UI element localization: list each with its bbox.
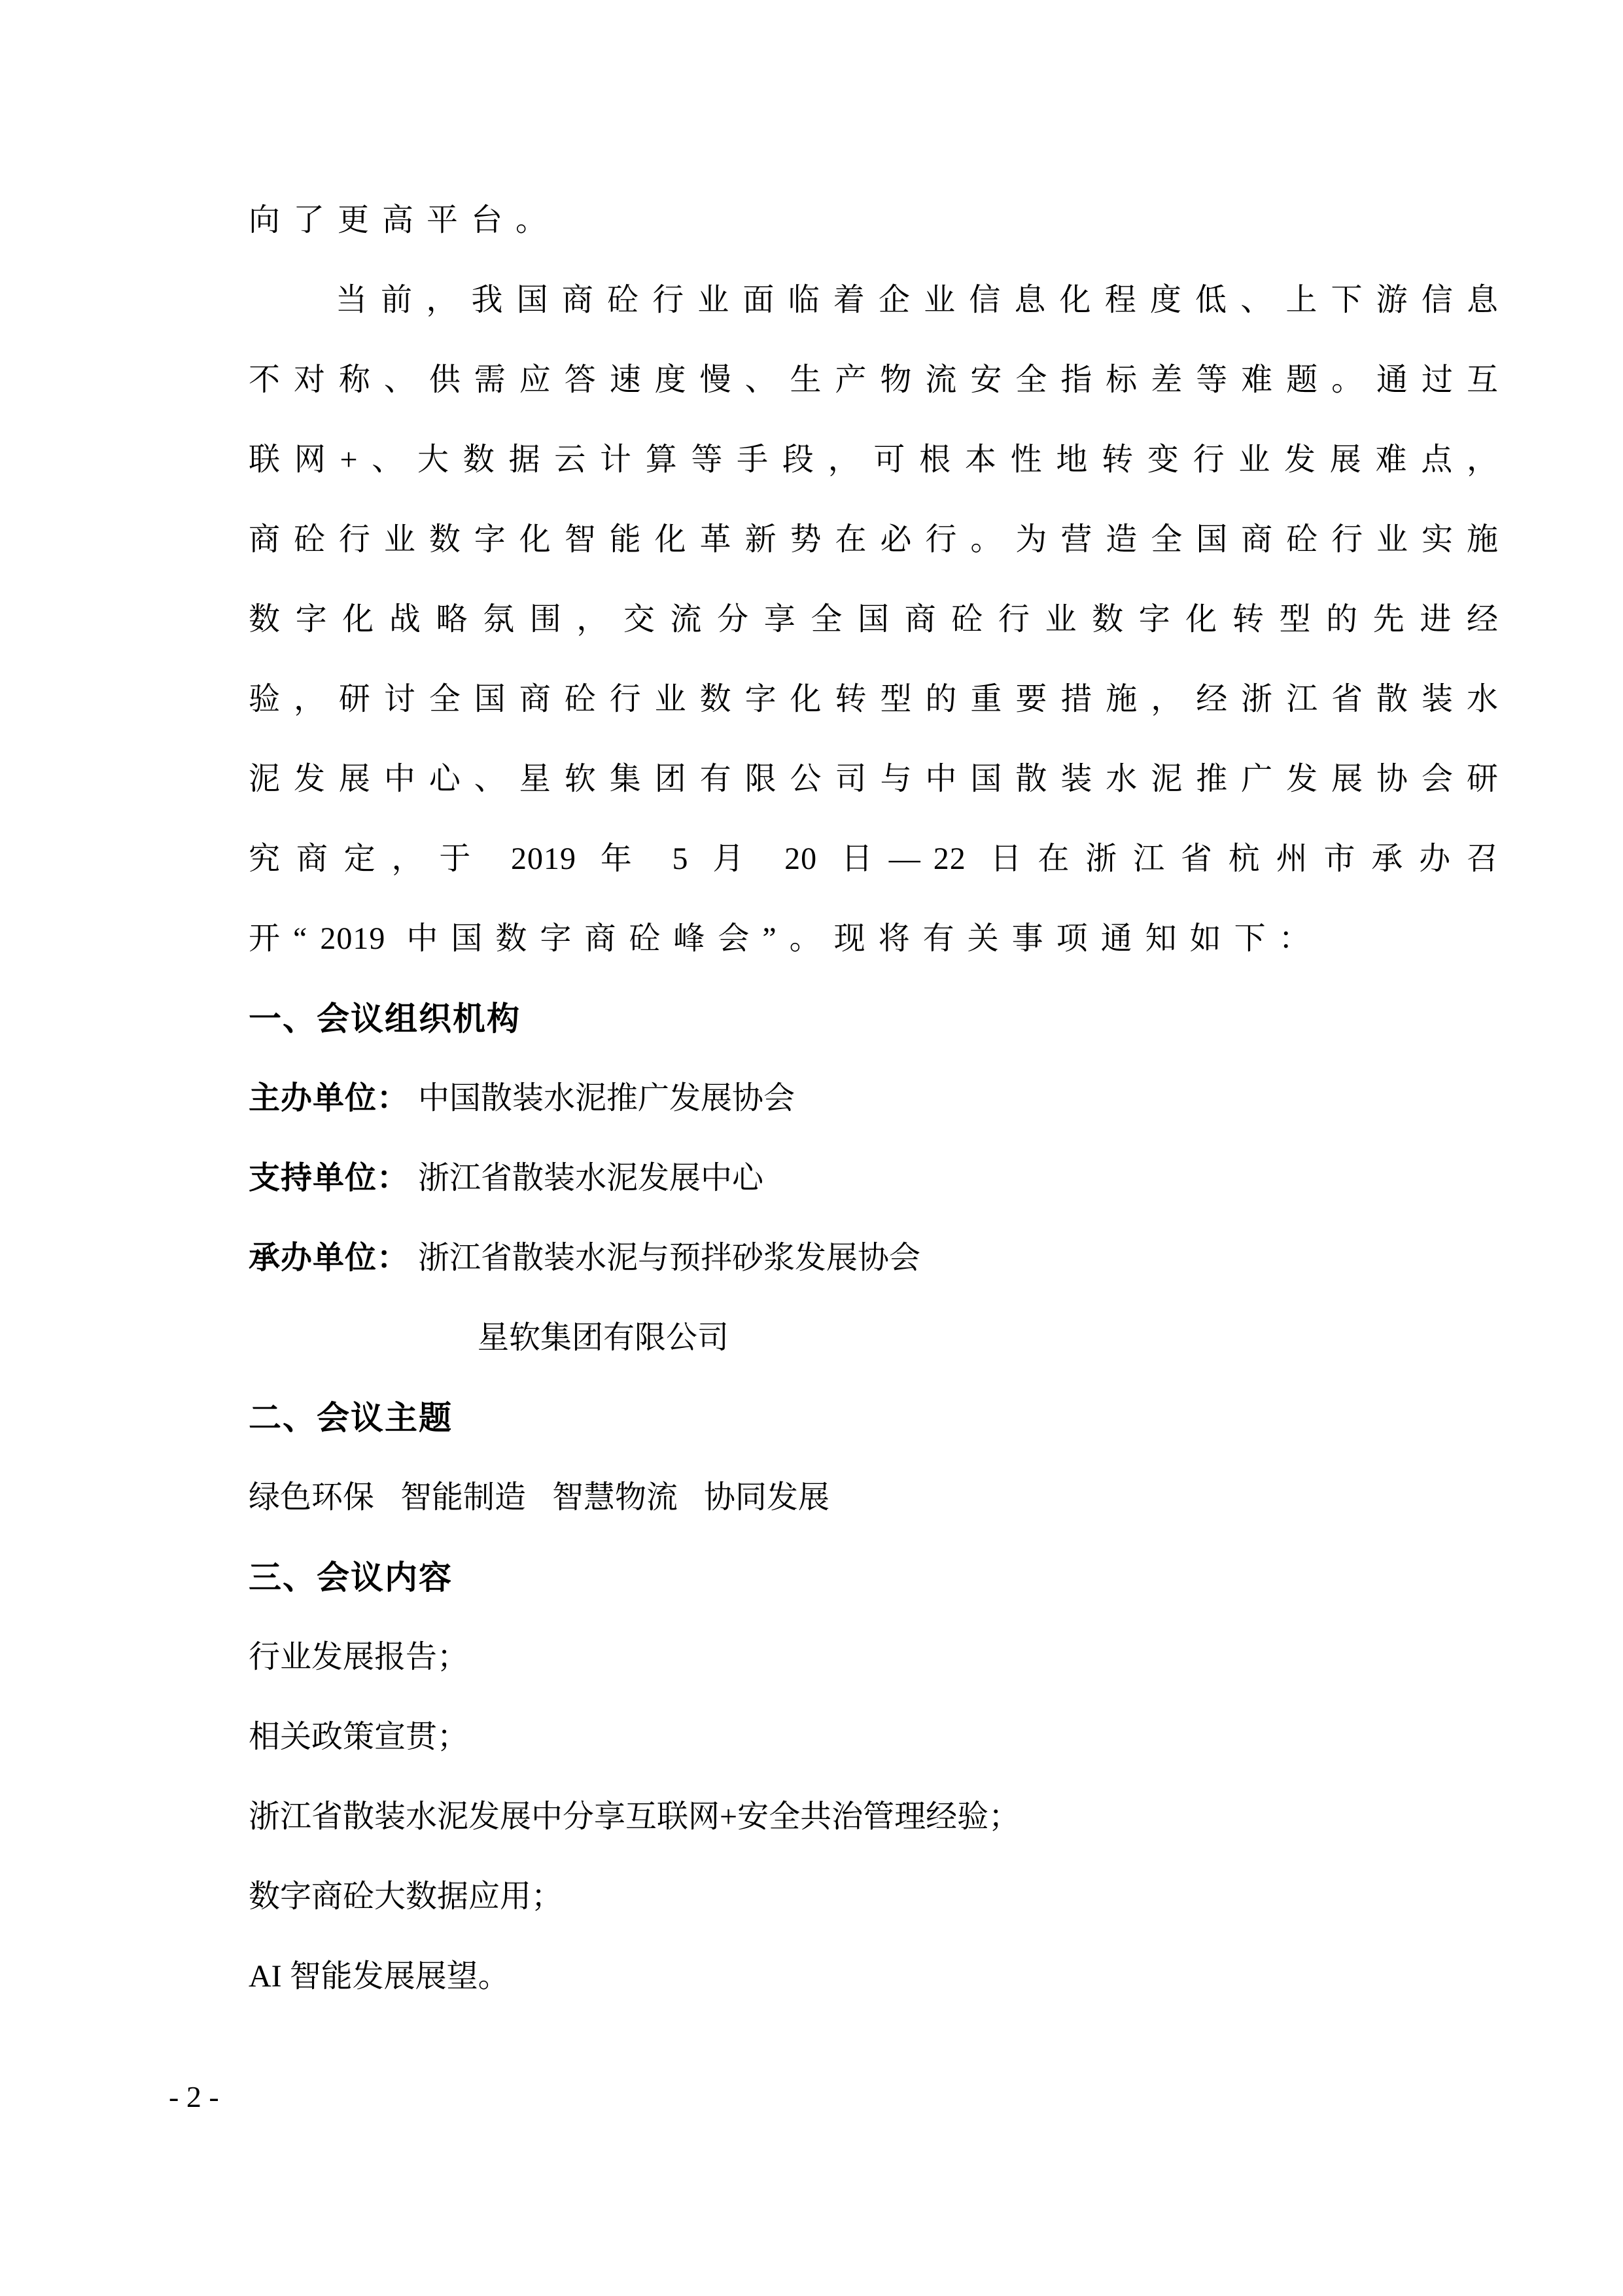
org-row-host: 主办单位：中国散装水泥推广发展协会 xyxy=(249,1059,1511,1139)
org-value-organizer: 浙江省散装水泥与预拌砂浆发展协会 xyxy=(418,1241,920,1275)
paragraph-intro: 当前，我国商砼行业面临着企业信息化程度低、上下游信息不对称、供需应答速度慢、生产… xyxy=(249,260,1511,979)
body-text: 向了更高平台。 当前，我国商砼行业面临着企业信息化程度低、上下游信息不对称、供需… xyxy=(249,181,1511,2017)
page-number: - 2 - xyxy=(169,2081,219,2113)
list-item: 相关政策宣贯； xyxy=(249,1697,1511,1777)
org-row-organizer-line2: 星软集团有限公司 xyxy=(249,1298,1511,1378)
section-heading-theme: 二、会议主题 xyxy=(249,1378,1511,1458)
org-row-support: 支持单位：浙江省散装水泥发展中心 xyxy=(249,1139,1511,1218)
org-value-host: 中国散装水泥推广发展协会 xyxy=(418,1081,795,1116)
list-item: 行业发展报告； xyxy=(249,1617,1511,1697)
section-heading-content: 三、会议内容 xyxy=(249,1538,1511,1617)
org-row-organizer: 承办单位：浙江省散装水泥与预拌砂浆发展协会 xyxy=(249,1218,1511,1298)
org-label-support: 支持单位： xyxy=(249,1161,409,1195)
theme-line: 绿色环保 智能制造 智慧物流 协同发展 xyxy=(249,1458,1511,1538)
list-item: 数字商砼大数据应用； xyxy=(249,1857,1511,1937)
list-item: 浙江省散装水泥发展中分享互联网+安全共治管理经验； xyxy=(249,1777,1511,1857)
org-label-organizer: 承办单位： xyxy=(249,1241,409,1275)
document-page: 向了更高平台。 当前，我国商砼行业面临着企业信息化程度低、上下游信息不对称、供需… xyxy=(0,0,1623,2296)
paragraph-continuation: 向了更高平台。 xyxy=(249,181,1511,260)
org-label-host: 主办单位： xyxy=(249,1081,409,1116)
section-heading-organization: 一、会议组织机构 xyxy=(249,979,1511,1059)
list-item: AI 智能发展展望。 xyxy=(249,1937,1511,2017)
org-value-support: 浙江省散装水泥发展中心 xyxy=(418,1161,763,1195)
org-value-organizer-line2: 星软集团有限公司 xyxy=(478,1320,729,1355)
